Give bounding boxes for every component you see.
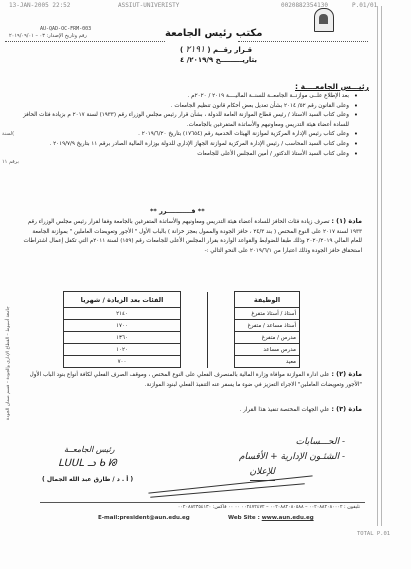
website-link[interactable]: www.aun.edu.eg — [262, 515, 314, 521]
fax-total-pages: TOTAL P.01 — [357, 531, 390, 537]
article-label: مادة (٢) : — [331, 370, 362, 378]
signatory-name: ( أ . د / طارق عبد الله الجمال ) — [42, 476, 133, 483]
table-row: مدرس / متفرغ ١٣٦٠ — [64, 332, 300, 344]
footer-phones: تليفون : ٠٠٢٠٨٨٢٠٨٠٠٠٢ – ٠٠٢٠٨٨٢٠٨٠٥٨٨ –… — [50, 505, 360, 510]
margin-vertical-note: جامعة أسيوط – القطاع الإداري والجودة – ق… — [6, 306, 11, 420]
recital-item: وعلى كتاب السيد الأستاذ الدكتور / أمين ا… — [18, 150, 358, 160]
article-1: مادة (١) : تصرف زيادة فئات الحافز للسادة… — [22, 217, 362, 256]
decree-date-value: ٢٠١٩/٩/ ٤ — [180, 56, 213, 64]
handwritten-note: للإعلان — [250, 465, 275, 481]
fax-sender: ASSIUT-UNIVERISTY — [118, 2, 179, 9]
fax-datetime: 13-JAN-2005 22:52 — [9, 2, 70, 9]
decree-number-close: ) — [180, 46, 183, 54]
signature-scribble: ᒪᑌᑌᒪ ᓗ ᑲ ᘘ — [58, 458, 117, 469]
form-issue-line: رقم وتاريخ الإصدار: ٠٣ – ٢٠١٩/٠٩/٠١ — [9, 33, 129, 39]
decree-date: بتاريـــــــــخ ٢٠١٩/٩/ ٤ — [180, 56, 257, 64]
table-row: معيد ٧٠٠ — [64, 356, 300, 368]
article-text: علي الجهات المختصة تنفيذ هذا القرار . — [240, 407, 330, 413]
article-text: على ادارة الموازنة موافاة وزارة المالية … — [30, 372, 362, 388]
table-row: أستاذ / أستاذ متفرغ ٢١٤٠ — [64, 308, 300, 320]
recital-item: وعلى كتاب السيد الاستاذ / رئيس قطاع المو… — [18, 111, 358, 130]
form-code: AU-QAD-OC-FRM-003 — [40, 26, 91, 32]
signature-title: رئيس الجامعــة — [64, 445, 115, 454]
table-row: مدرس مساعد ١٠٢٠ — [64, 344, 300, 356]
fax-transmission-header: 13-JAN-2005 22:52 ASSIUT-UNIVERISTY 0020… — [0, 2, 411, 11]
article-text: تصرف زيادة فئات الحافز للسادة أعضاء هيئة… — [23, 219, 362, 254]
article-label: مادة (١) : — [331, 217, 362, 225]
margin-text-fragment: برقم ١١ — [2, 159, 19, 165]
decree-date-label: بتاريـــــــــخ — [216, 56, 257, 64]
recital-item: بعد الإطلاع علــى موازنــة الجامعــة للس… — [18, 92, 358, 102]
header-divider — [238, 41, 368, 42]
article-2: مادة (٢) : على ادارة الموازنة موافاة وزا… — [22, 370, 362, 390]
recital-item: وعلى القانون رقم ٥٢/ ٢٠١٤ بشأن تعديل بعض… — [18, 102, 358, 112]
handwritten-distribution-notes: - الحـــسابات - الشئـون الإدارية + الأقس… — [150, 435, 345, 481]
website-label: Web Site : — [228, 515, 260, 521]
header-divider — [5, 41, 165, 42]
decree-number-label: قـرار رقــم ( — [207, 46, 252, 54]
margin-text-fragment: )لسنة — [2, 131, 14, 137]
article-3: مادة (٣) : علي الجهات المختصة تنفيذ هذا … — [22, 405, 362, 416]
footer-divider — [40, 502, 365, 503]
footer-email[interactable]: E-mail:president@aun.edu.eg — [98, 515, 190, 521]
scan-margin-lines — [377, 6, 387, 526]
allowance-table: الوظيفة الفئات بعد الزيادة / شهريا أستاذ… — [63, 291, 300, 368]
university-crest-icon — [314, 8, 334, 32]
column-header-amount: الفئات بعد الزيادة / شهريا — [64, 292, 181, 308]
table-row: أستاذ مساعد / متفرغ ١٧٠٠ — [64, 320, 300, 332]
decree-number: قـرار رقــم ( ٢١٩١ ) — [180, 45, 252, 55]
decides-heading: ** قـــــــــــرر ** — [150, 207, 205, 215]
article-label: مادة (٣) : — [331, 405, 362, 413]
decree-number-value: ٢١٩١ — [186, 45, 205, 55]
handwritten-note: - الحـــسابات — [150, 435, 345, 450]
column-header-role: الوظيفة — [235, 292, 300, 308]
handwritten-note: - الشئـون الإدارية + الأقسام — [150, 450, 345, 465]
recital-item: وعلى كتاب السيد المحاسب / رئيس الإدارة ا… — [18, 140, 358, 150]
recitals-list: بعد الإطلاع علــى موازنــة الجامعــة للس… — [18, 92, 358, 159]
fax-page: P.01/01 — [352, 2, 377, 9]
office-title: مكتب رئيس الجامعة — [165, 28, 262, 39]
recital-item: وعلى كتاب رئيس الإدارة المركزية لموازنة … — [18, 130, 358, 140]
footer-website: Web Site : www.aun.edu.eg — [228, 515, 314, 521]
addressee-heading: رئيـــس الجامعــــة : — [295, 82, 369, 91]
